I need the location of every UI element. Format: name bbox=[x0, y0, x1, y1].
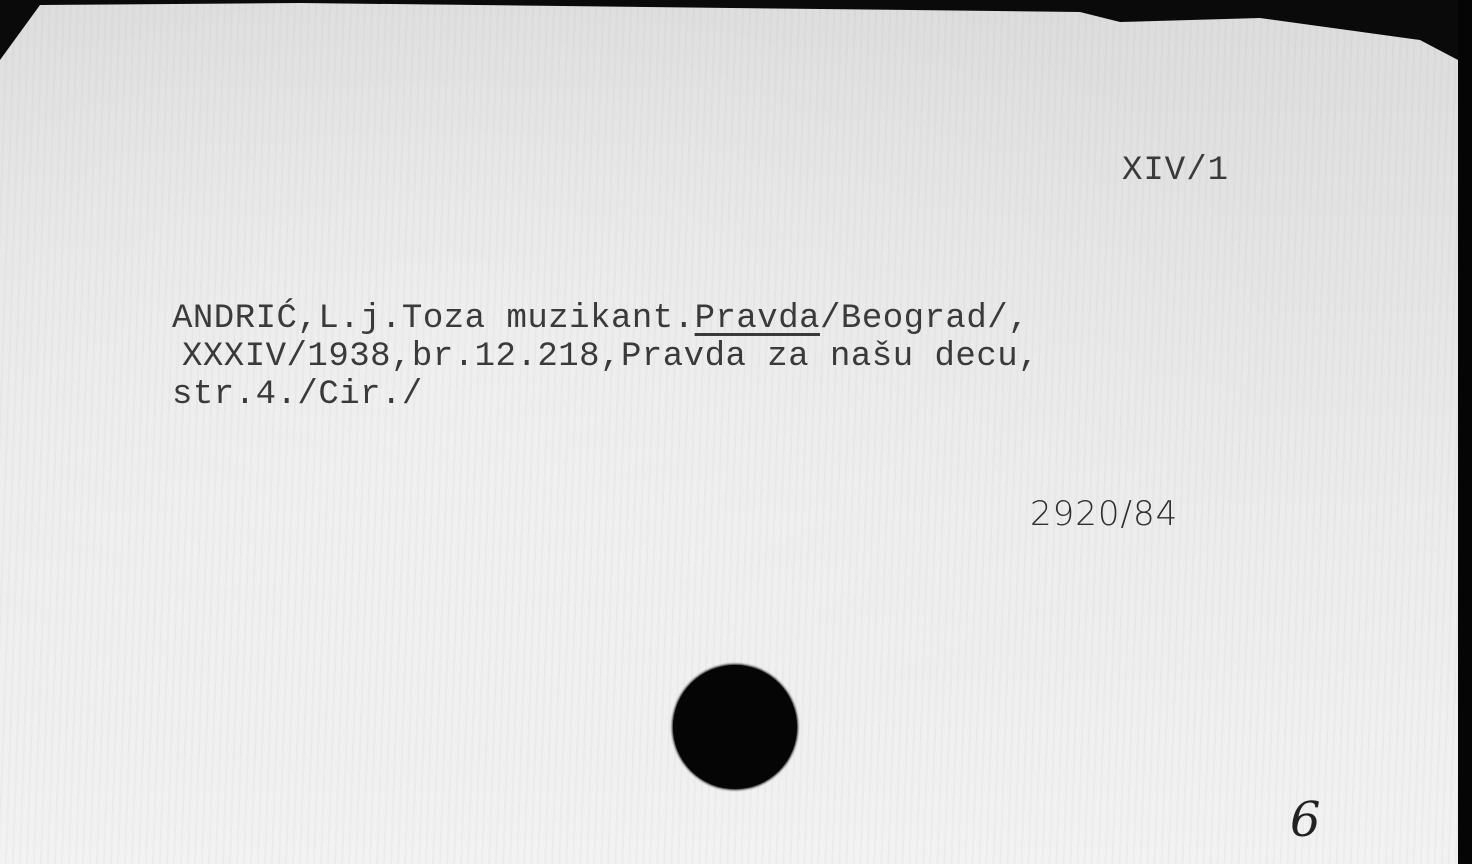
citation-periodical: Pravda bbox=[695, 300, 820, 338]
citation-author-title: ANDRIĆ,L.j.Toza muzikant. bbox=[172, 300, 695, 338]
punch-hole bbox=[673, 665, 797, 789]
citation-line-2: XXXIV/1938,br.12.218,Pravda za našu decu… bbox=[182, 338, 1039, 376]
accession-number: 2920/84 bbox=[1030, 494, 1178, 534]
scan-edge bbox=[1458, 0, 1472, 864]
citation-line-3: str.4./Cir./ bbox=[172, 376, 423, 414]
citation-place: /Beograd/, bbox=[820, 300, 1029, 338]
citation-line-1: ANDRIĆ,L.j.Toza muzikant.Pravda/Beograd/… bbox=[172, 300, 1029, 338]
call-number: XIV/1 bbox=[1122, 152, 1229, 190]
handwritten-note: 6 bbox=[1290, 792, 1321, 848]
catalog-card: XIV/1 ANDRIĆ,L.j.Toza muzikant.Pravda/Be… bbox=[0, 0, 1458, 864]
